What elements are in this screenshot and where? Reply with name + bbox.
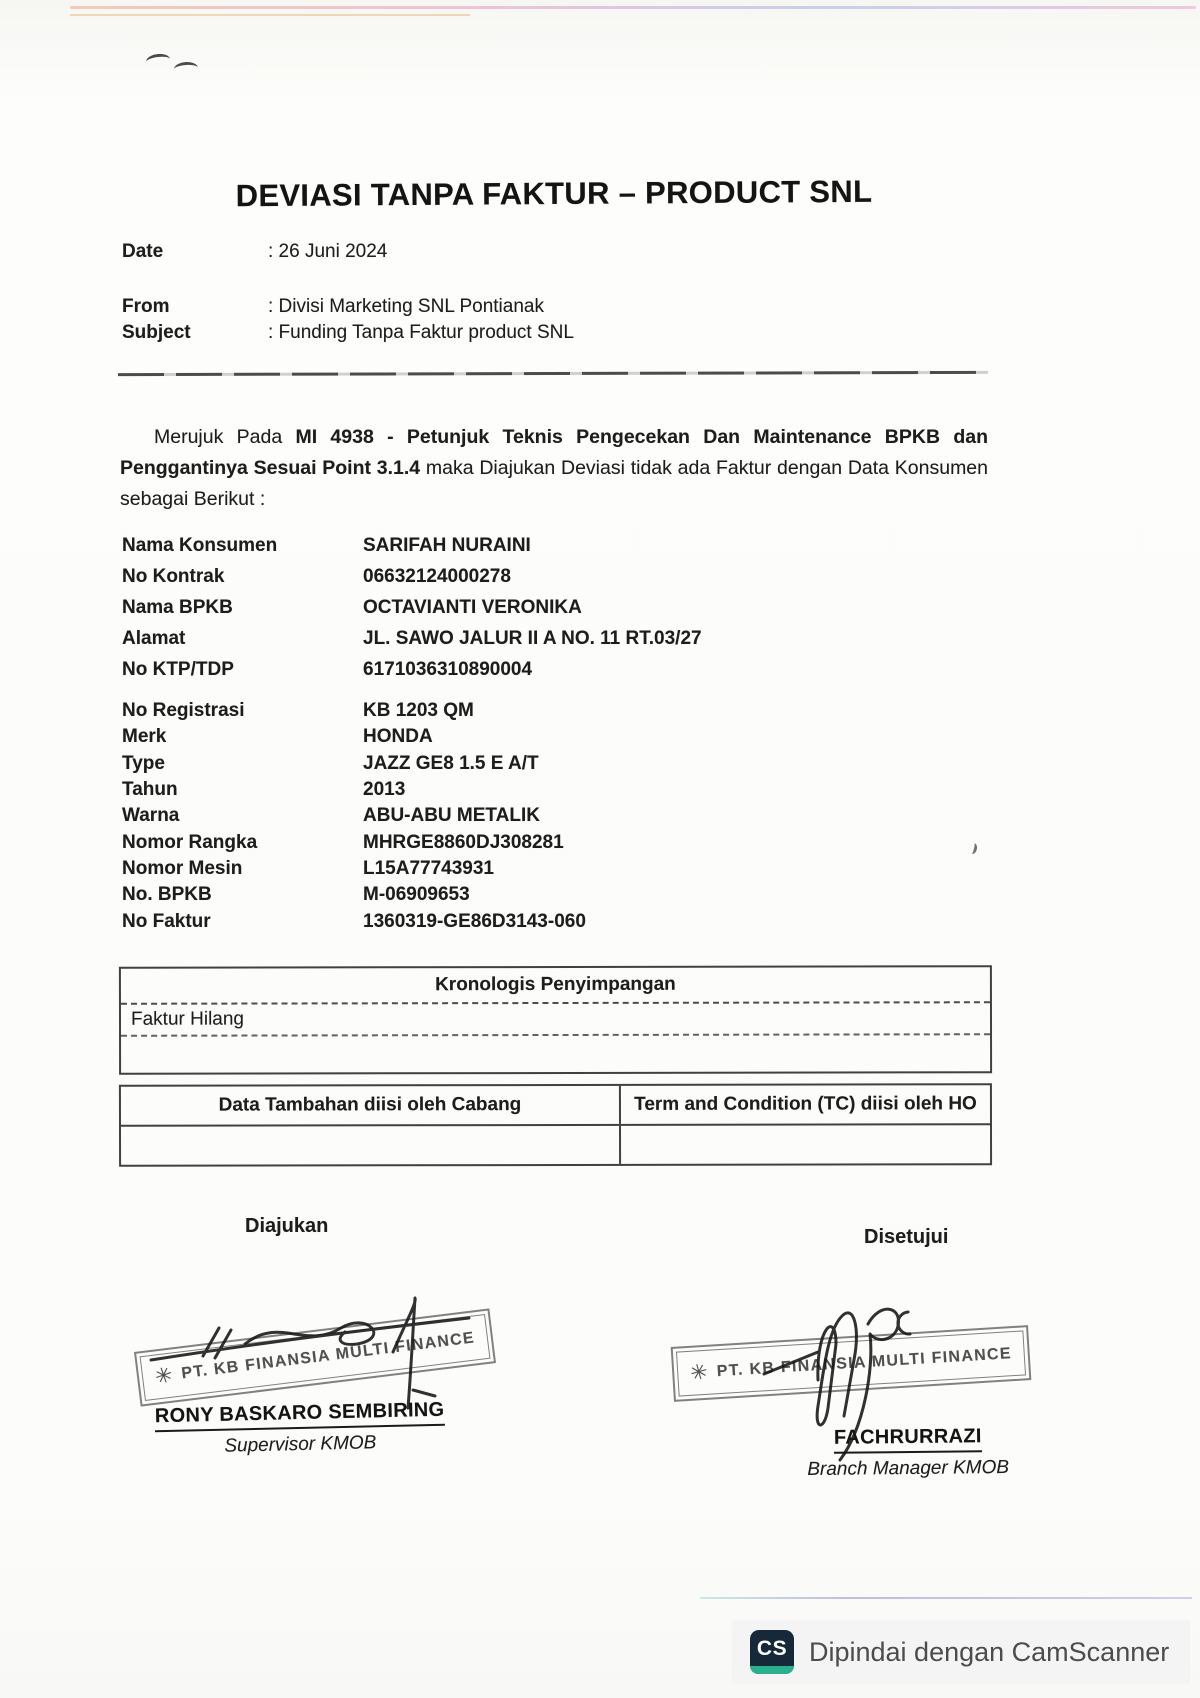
signature-scribble-left [145, 1294, 475, 1412]
field-value: L15A77743931 [363, 858, 494, 880]
from-value: : Divisi Marketing SNL Pontianak [268, 293, 544, 321]
submitted-heading: Diajukan [245, 1215, 328, 1238]
field-label: Nomor Rangka [122, 832, 363, 854]
field-label: Nomor Mesin [122, 858, 363, 880]
field-label: Type [122, 753, 363, 775]
field-row: No Kontrak 06632124000278 [122, 561, 702, 592]
meta-row-from: From : Divisi Marketing SNL Pontianak [122, 293, 544, 321]
date-label: Date [122, 238, 268, 266]
field-value: JAZZ GE8 1.5 E A/T [363, 753, 539, 775]
pen-mark [174, 61, 199, 76]
field-label: No Kontrak [122, 566, 363, 588]
field-value: HONDA [363, 726, 433, 748]
signer-role: Supervisor KMOB [150, 1431, 450, 1460]
camscanner-badge-icon: CS [750, 1630, 794, 1674]
consumer-data-block: Nama Konsumen SARIFAH NURAINI No Kontrak… [122, 530, 702, 685]
field-row: No Faktur 1360319-GE86D3143-060 [122, 908, 586, 934]
field-value: 2013 [363, 779, 405, 801]
field-row: No. BPKB M-06909653 [122, 882, 586, 908]
signature-scribble-right [756, 1288, 966, 1466]
field-label: No Registrasi [122, 700, 363, 722]
ink-mark [968, 842, 978, 855]
vehicle-data-block: No Registrasi KB 1203 QM Merk HONDA Type… [122, 698, 586, 935]
field-value: M-06909653 [363, 884, 470, 906]
field-value: SARIFAH NURAINI [363, 535, 531, 557]
approved-heading: Disetujui [864, 1226, 948, 1249]
field-row: Tahun 2013 [122, 777, 586, 803]
meta-row-subject: Subject : Funding Tanpa Faktur product S… [122, 319, 574, 347]
field-value: KB 1203 QM [363, 700, 474, 722]
kb-finansia-logo-icon: ✳ [687, 1358, 711, 1387]
field-value: JL. SAWO JALUR II A NO. 11 RT.03/27 [363, 628, 702, 650]
scan-edge-artifact [70, 14, 470, 16]
field-row: Nomor Mesin L15A77743931 [122, 856, 586, 882]
field-label: Nama Konsumen [122, 535, 363, 557]
field-label: Merk [122, 726, 363, 748]
scanned-document-page: DEVIASI TANPA FAKTUR – PRODUCT SNL Date … [0, 0, 1200, 1698]
field-label: No Faktur [122, 911, 363, 933]
field-row: Merk HONDA [122, 724, 586, 750]
kronologis-row: Faktur Hilang [121, 1003, 990, 1037]
branch-ho-table: Data Tambahan diisi oleh Cabang Term and… [119, 1083, 992, 1167]
scan-edge-artifact [70, 6, 1196, 9]
field-label: Warna [122, 805, 363, 827]
field-row: Nomor Rangka MHRGE8860DJ308281 [122, 829, 586, 855]
branch-ho-empty-row [121, 1125, 990, 1165]
field-value: OCTAVIANTI VERONIKA [363, 597, 582, 619]
branch-column-header: Data Tambahan diisi oleh Cabang [121, 1086, 621, 1125]
subject-value: : Funding Tanpa Faktur product SNL [268, 319, 574, 347]
field-label: No. BPKB [122, 884, 363, 906]
document-title: DEVIASI TANPA FAKTUR – PRODUCT SNL [120, 173, 988, 215]
branch-empty-cell [121, 1126, 621, 1165]
camscanner-footer: CS Dipindai dengan CamScanner [732, 1620, 1190, 1684]
kronologis-empty-row [121, 1035, 990, 1073]
scan-edge-artifact [700, 1597, 1192, 1599]
pen-mark [145, 53, 170, 69]
field-value: ABU-ABU METALIK [363, 805, 540, 827]
cs-badge-letters: CS [757, 1637, 787, 1661]
camscanner-footer-text: Dipindai dengan CamScanner [809, 1637, 1169, 1668]
field-row: Nama BPKB OCTAVIANTI VERONIKA [122, 592, 702, 623]
field-label: No KTP/TDP [122, 659, 363, 681]
field-value: 1360319-GE86D3143-060 [363, 911, 586, 933]
from-label: From [122, 293, 268, 321]
kronologis-header: Kronologis Penyimpangan [121, 967, 990, 1005]
ho-column-header: Term and Condition (TC) diisi oleh HO [621, 1085, 990, 1124]
field-row: Nama Konsumen SARIFAH NURAINI [122, 530, 702, 561]
field-value: MHRGE8860DJ308281 [363, 832, 564, 854]
field-label: Tahun [122, 779, 363, 801]
paragraph-prefix: Merujuk Pada [154, 426, 295, 448]
ho-empty-cell [621, 1125, 990, 1164]
field-value: 6171036310890004 [363, 659, 532, 681]
date-value: : 26 Juni 2024 [268, 238, 387, 266]
field-value: 06632124000278 [363, 566, 511, 588]
subject-label: Subject [122, 319, 268, 347]
field-row: Type JAZZ GE8 1.5 E A/T [122, 751, 586, 777]
field-row: Alamat JL. SAWO JALUR II A NO. 11 RT.03/… [122, 623, 702, 654]
field-row: No Registrasi KB 1203 QM [122, 698, 586, 724]
cs-badge-accent-strip [750, 1666, 794, 1674]
field-row: Warna ABU-ABU METALIK [122, 803, 586, 829]
branch-ho-header-row: Data Tambahan diisi oleh Cabang Term and… [121, 1085, 990, 1127]
field-row: No KTP/TDP 6171036310890004 [122, 654, 702, 685]
meta-row-date: Date : 26 Juni 2024 [122, 238, 387, 266]
body-paragraph: Merujuk Pada MI 4938 - Petunjuk Teknis P… [120, 422, 988, 515]
field-label: Alamat [122, 628, 363, 650]
field-label: Nama BPKB [122, 597, 363, 619]
horizontal-divider [118, 371, 988, 376]
kronologis-table: Kronologis Penyimpangan Faktur Hilang [119, 965, 992, 1075]
